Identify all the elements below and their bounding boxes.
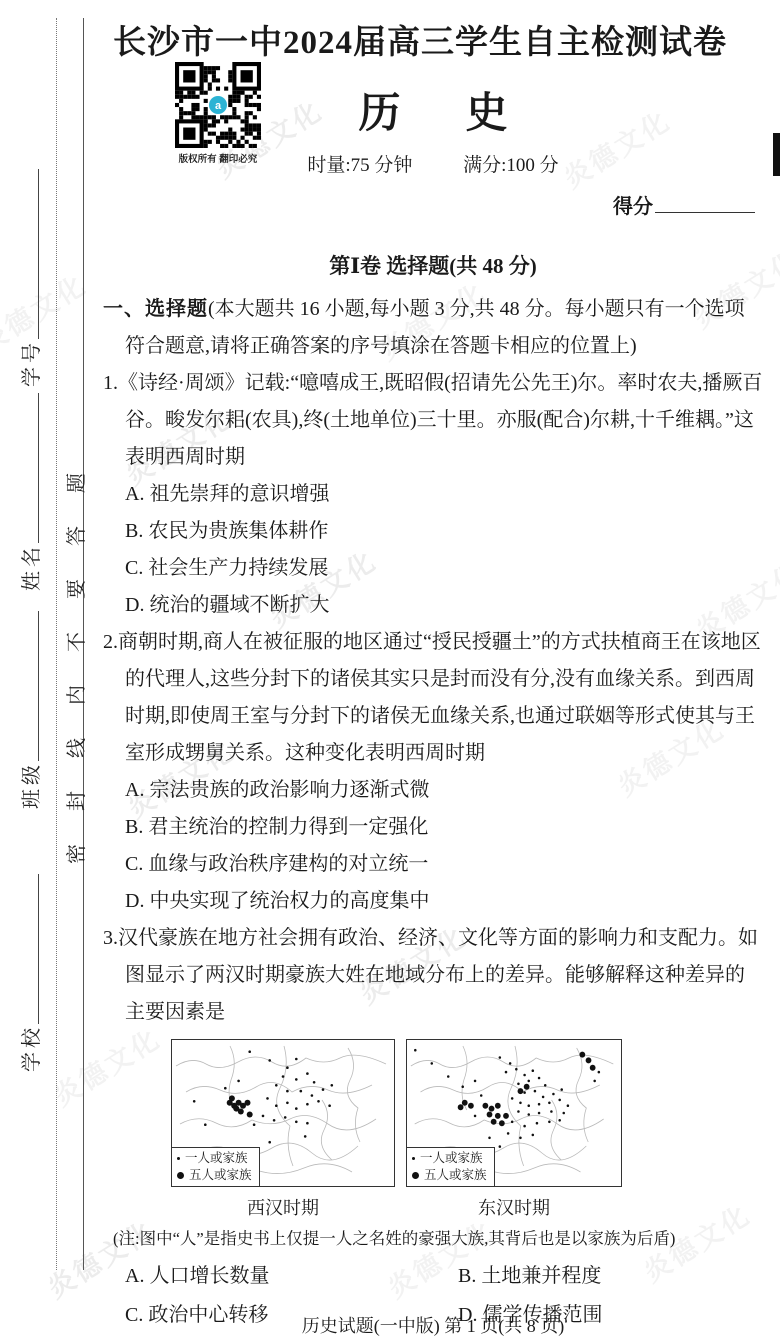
option-1d: D. 统治的疆域不断扩大 bbox=[125, 587, 763, 624]
exam-meta: 时量:75 分钟 满分:100 分 bbox=[103, 150, 763, 177]
map-caption-eastern-han: 东汉时期 bbox=[406, 1194, 622, 1220]
score-label: 得分 bbox=[613, 196, 653, 218]
question-number: 1. bbox=[103, 372, 118, 394]
question-number: 2. bbox=[103, 631, 118, 653]
mcq-intro-title: 一、选择题 bbox=[103, 298, 208, 320]
small-dot-icon bbox=[412, 1157, 415, 1160]
map-eastern-han: 一人或家族 五人或家族 东汉时期 bbox=[406, 1039, 622, 1220]
question-stem: 商朝时期,商人在被征服的地区通过“授民授疆土”的方式扶植商王在该地区的代理人,这… bbox=[118, 631, 761, 764]
option-3a: A. 人口增长数量 bbox=[125, 1262, 458, 1290]
legend-item-one: 一人或家族 bbox=[412, 1150, 487, 1167]
question-number: 3. bbox=[103, 927, 118, 949]
big-dot-icon bbox=[177, 1172, 184, 1179]
option-2a: A. 宗法贵族的政治影响力逐渐式微 bbox=[125, 772, 763, 809]
page-footer: 历史试题(一中版) 第 1 页(共 8 页) bbox=[103, 1312, 763, 1338]
mcq-intro: 一、选择题(本大题共 16 小题,每小题 3 分,共 48 分。每小题只有一个选… bbox=[103, 291, 763, 365]
han-distribution-figure: 一人或家族 五人或家族 西汉时期 一人或家族 五人或家族 bbox=[171, 1039, 763, 1220]
exam-body: 第Ⅰ卷 选择题(共 48 分) 一、选择题(本大题共 16 小题,每小题 3 分… bbox=[103, 248, 763, 1329]
map-caption-western-han: 西汉时期 bbox=[171, 1194, 395, 1220]
question-3: 3.汉代豪族在地方社会拥有政治、经济、文化等方面的影响力和支配力。如图显示了两汉… bbox=[103, 920, 763, 1329]
exam-page: 炎德文化 炎德文化 炎德文化 炎德文化 炎德文化 炎德文化 炎德文化 炎德文化 … bbox=[0, 0, 780, 1344]
exam-title: 长沙市一中2024届高三学生自主检测试卷 bbox=[90, 16, 750, 63]
student-info-margin: 学校 班级 姓名 学号 bbox=[14, 18, 44, 1272]
field-school-line bbox=[37, 874, 39, 1024]
map-legend: 一人或家族 五人或家族 bbox=[407, 1147, 495, 1186]
option-2d: D. 中央实现了统治权力的高度集中 bbox=[125, 883, 763, 920]
option-2b: B. 君主统治的控制力得到一定强化 bbox=[125, 809, 763, 846]
option-2c: C. 血缘与政治秩序建构的对立统一 bbox=[125, 846, 763, 883]
question-1: 1.《诗经·周颂》记载:“噫嘻成王,既昭假(招请先公先王)尔。率时农夫,播厥百谷… bbox=[103, 365, 763, 624]
field-studentid-label: 学号 bbox=[15, 339, 44, 387]
legend-item-five: 五人或家族 bbox=[177, 1167, 252, 1184]
field-name-label: 姓名 bbox=[15, 543, 44, 591]
seal-dotted-line bbox=[56, 18, 57, 1270]
field-class-label: 班级 bbox=[15, 761, 44, 809]
question-stem: 《诗经·周颂》记载:“噫嘻成王,既昭假(招请先公先王)尔。率时农夫,播厥百谷。畯… bbox=[118, 372, 762, 468]
field-name-line bbox=[37, 393, 39, 543]
field-school-label: 学校 bbox=[15, 1024, 44, 1072]
legend-item-one: 一人或家族 bbox=[177, 1150, 252, 1167]
subject-title: 历史 bbox=[103, 80, 763, 140]
field-studentid-line bbox=[37, 169, 39, 339]
duration-label: 时量:75 分钟 bbox=[307, 155, 412, 176]
option-3b: B. 土地兼并程度 bbox=[458, 1262, 763, 1290]
legend-item-five: 五人或家族 bbox=[412, 1167, 487, 1184]
map-legend: 一人或家族 五人或家族 bbox=[172, 1147, 260, 1186]
score-fill-line bbox=[655, 192, 755, 213]
score-row: 得分 bbox=[613, 190, 755, 219]
option-1c: C. 社会生产力持续发展 bbox=[125, 550, 763, 587]
question-stem: 汉代豪族在地方社会拥有政治、经济、文化等方面的影响力和支配力。如图显示了两汉时期… bbox=[118, 927, 758, 1023]
small-dot-icon bbox=[177, 1157, 180, 1160]
figure-note: (注:图中“人”是指史书上仅提一人之名姓的豪强大族,其背后也是以家族为后盾) bbox=[113, 1226, 763, 1252]
question-2: 2.商朝时期,商人在被征服的地区通过“授民授疆土”的方式扶植商王在该地区的代理人… bbox=[103, 624, 763, 920]
option-1b: B. 农民为贵族集体耕作 bbox=[125, 513, 763, 550]
field-class-line bbox=[37, 611, 39, 761]
page-edge-mark bbox=[773, 133, 780, 176]
option-1a: A. 祖先崇拜的意识增强 bbox=[125, 476, 763, 513]
full-score-label: 满分:100 分 bbox=[463, 155, 559, 176]
big-dot-icon bbox=[412, 1172, 419, 1179]
section-heading: 第Ⅰ卷 选择题(共 48 分) bbox=[103, 248, 763, 285]
map-western-han: 一人或家族 五人或家族 西汉时期 bbox=[171, 1039, 395, 1220]
seal-notice: 密封线内不要答题 bbox=[60, 0, 84, 1272]
